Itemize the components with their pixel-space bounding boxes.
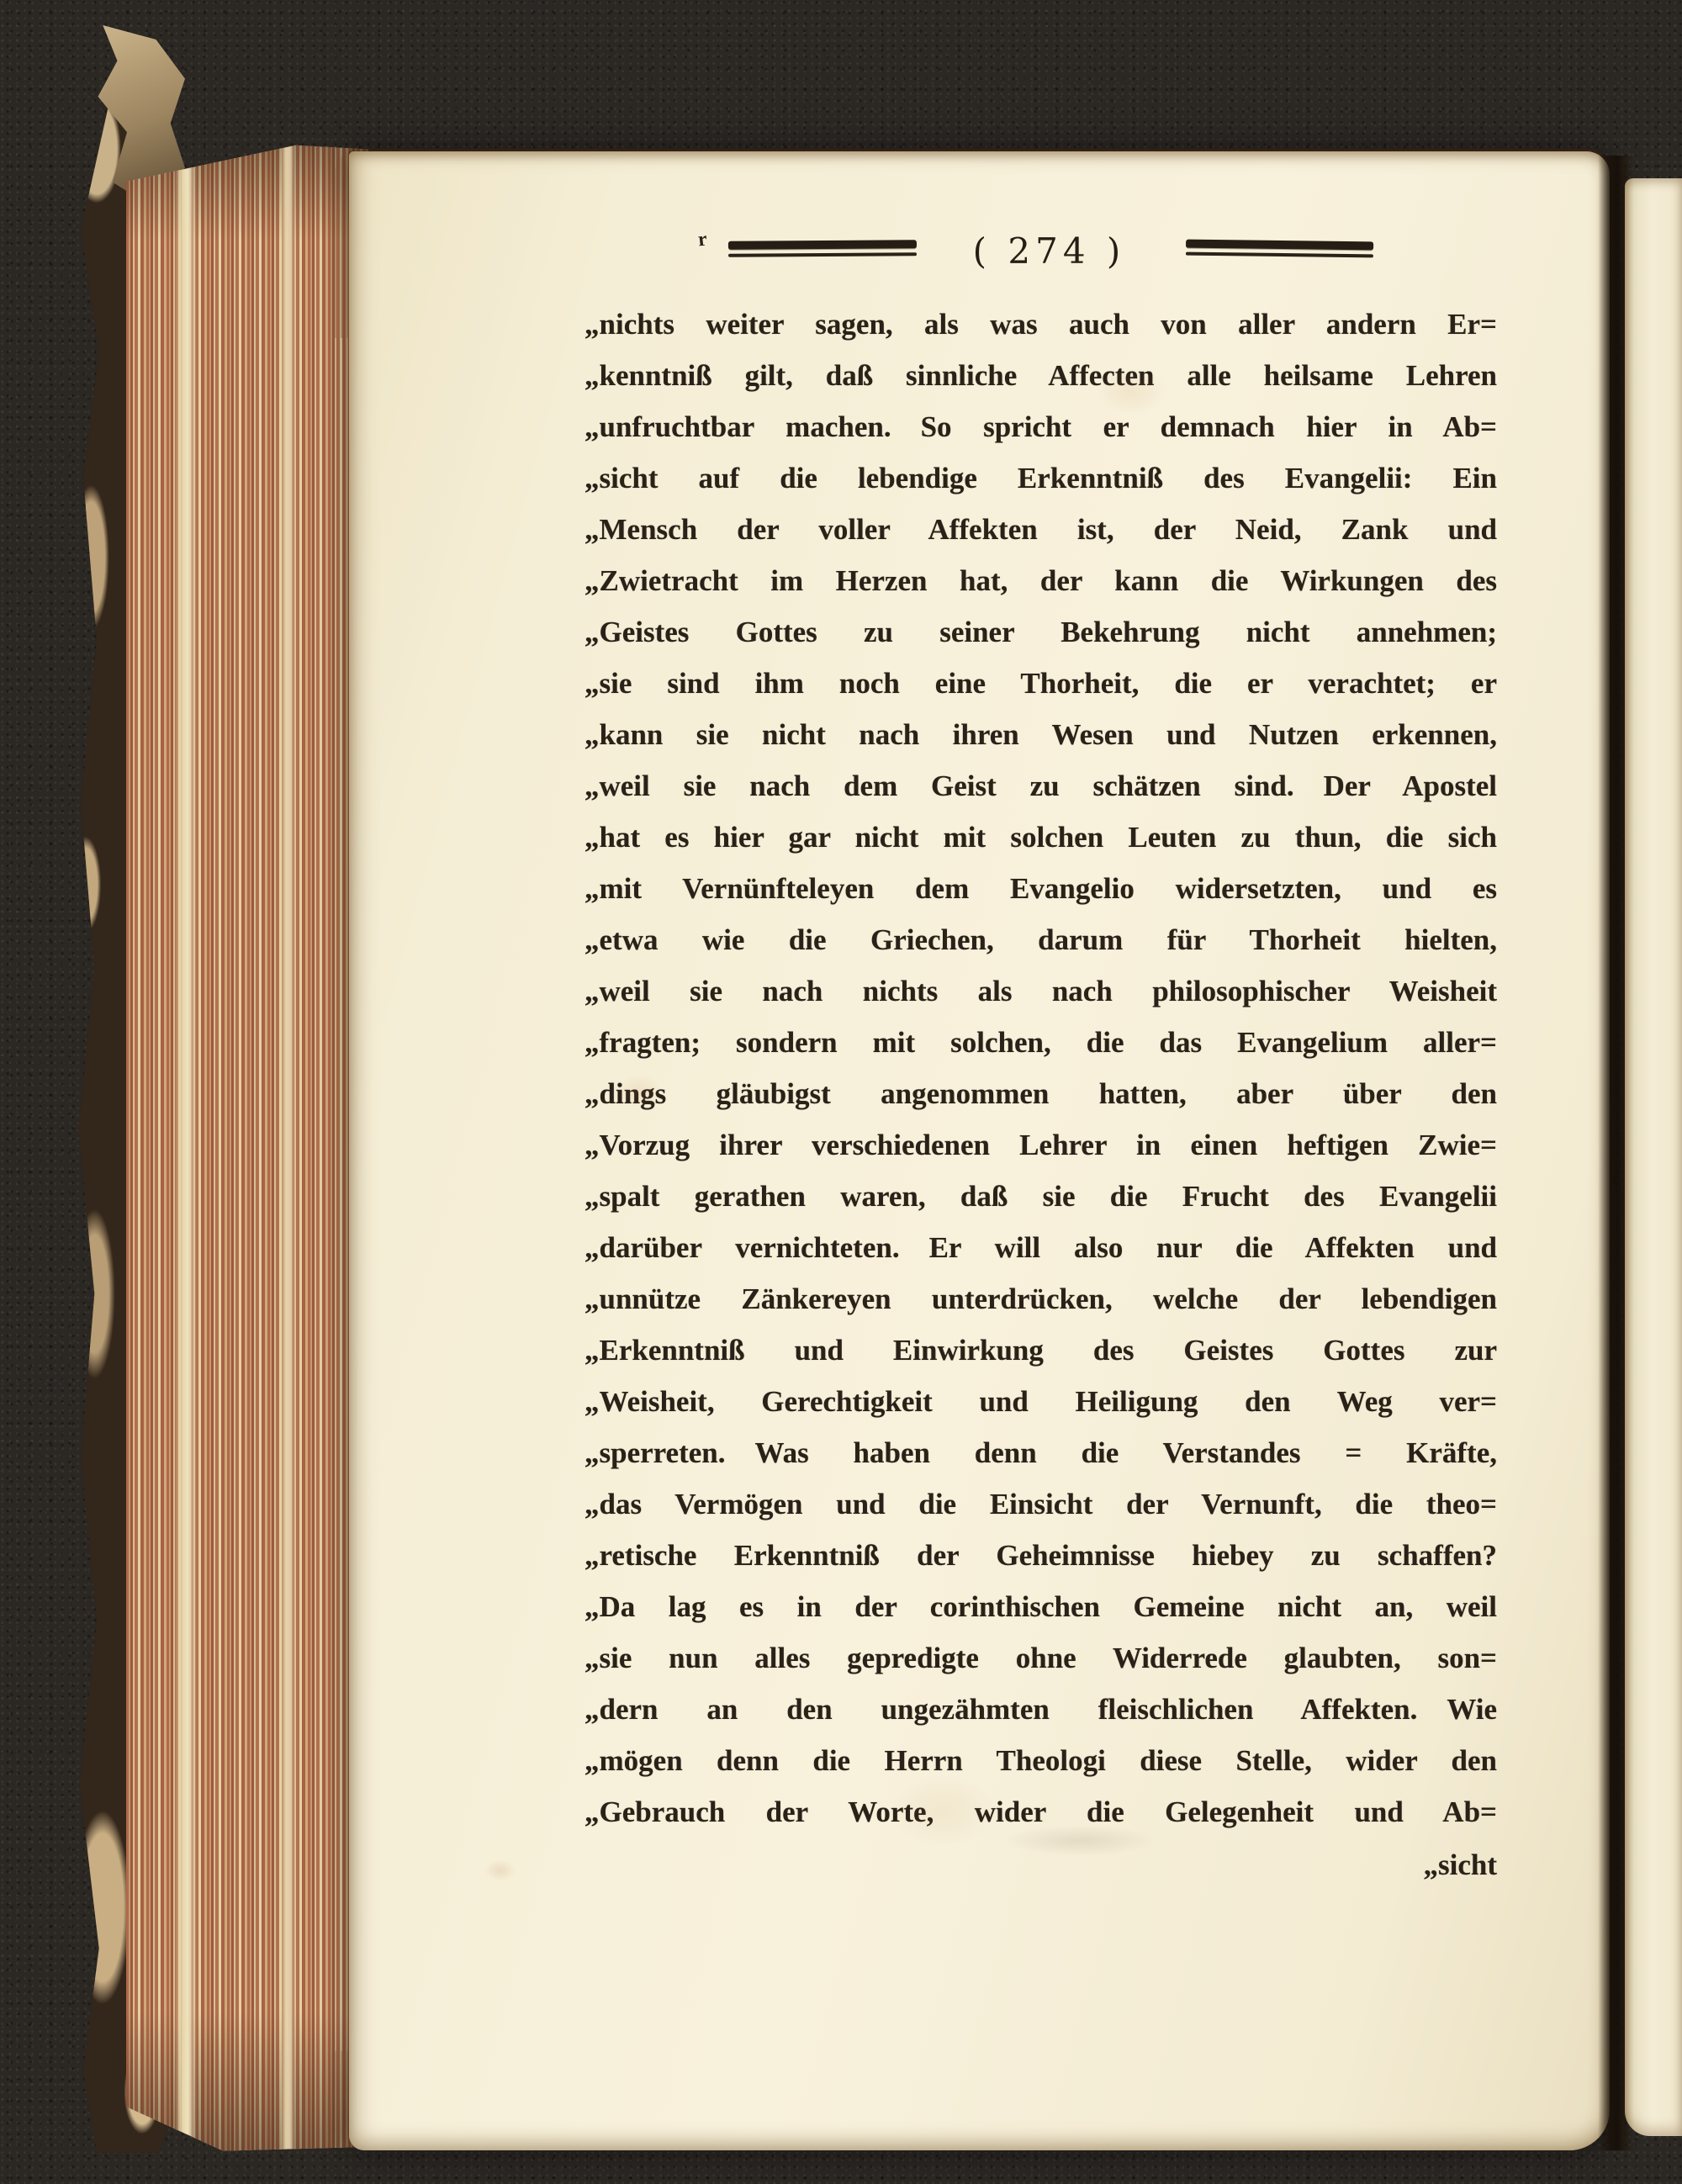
text-line: „Erkenntniß und Einwirkung des Geistes G… [584, 1325, 1497, 1376]
text-line: „Mensch der voller Affekten ist, der Nei… [584, 504, 1497, 555]
text-line: „nichts weiter sagen, als was auch von a… [584, 299, 1497, 350]
edge-light-band [175, 141, 197, 2153]
text-line: „unfruchtbar machen. So spricht er demna… [584, 401, 1497, 452]
text-line: „kenntniß gilt, daß sinnliche Affecten a… [584, 350, 1497, 401]
text-line: „Zwietracht im Herzen hat, der kann die … [584, 555, 1497, 606]
text-line: „sperreten. Was haben denn die Verstande… [584, 1427, 1497, 1478]
photo-backdrop: r ( 274 ) „nichts weiter sagen, als was … [0, 0, 1682, 2184]
text-line: „spalt gerathen waren, daß sie die Fruch… [584, 1171, 1497, 1222]
text-line: „sie nun alles gepredigte ohne Widerrede… [584, 1632, 1497, 1684]
text-line: „mit Vernünfteleyen dem Evangelio widers… [584, 863, 1497, 914]
text-line: „sie sind ihm noch eine Thorheit, die er… [584, 658, 1497, 709]
rule-bar-thin [1186, 252, 1373, 258]
text-line: „Geistes Gottes zu seiner Bekehrung nich… [584, 606, 1497, 658]
text-line: „darüber vernichteten. Er will also nur … [584, 1222, 1497, 1273]
text-line: „Vorzug ihrer verschiedenen Lehrer in ei… [584, 1119, 1497, 1171]
text-line: „Da lag es in der corinthischen Gemeine … [584, 1581, 1497, 1632]
header-rule-right [1186, 240, 1373, 264]
text-line: „Gebrauch der Worte, wider die Gelegenhe… [584, 1786, 1497, 1838]
text-line: „Weisheit, Gerechtigkeit und Heiligung d… [584, 1376, 1497, 1427]
page-number: ( 274 ) [938, 230, 1161, 274]
header-margin-mark: r [697, 229, 708, 252]
text-line: „kann sie nicht nach ihren Wesen und Nut… [584, 709, 1497, 760]
text-line: „sicht auf die lebendige Erkenntniß des … [584, 452, 1497, 504]
book-page: r ( 274 ) „nichts weiter sagen, als was … [349, 151, 1610, 2150]
rule-bar-thick [728, 240, 917, 250]
text-line: „fragten; sondern mit solchen, die das E… [584, 1017, 1497, 1068]
rule-bar-thick [1186, 240, 1373, 251]
text-block: „nichts weiter sagen, als was auch von a… [584, 299, 1497, 1882]
rule-bar-thin [728, 252, 917, 257]
facing-page-edge [1625, 178, 1682, 2136]
edge-light-band [279, 141, 296, 2153]
text-line: „das Vermögen und die Einsicht der Vernu… [584, 1478, 1497, 1530]
header-rule-left [728, 240, 917, 263]
text-line: „retische Erkenntniß der Geheimnisse hie… [584, 1530, 1497, 1581]
text-line: „etwa wie die Griechen, darum für Thorhe… [584, 914, 1497, 965]
text-line: „hat es hier gar nicht mit solchen Leute… [584, 812, 1497, 863]
text-line: „weil sie nach nichts als nach philosoph… [584, 965, 1497, 1017]
text-line: „dings gläubigst angenommen hatten, aber… [584, 1068, 1497, 1119]
text-line: „weil sie nach dem Geist zu schätzen sin… [584, 760, 1497, 812]
catchword: „sicht [584, 1848, 1497, 1882]
text-line: „mögen denn die Herrn Theologi diese Ste… [584, 1735, 1497, 1786]
text-line: „dern an den ungezähmten fleischlichen A… [584, 1684, 1497, 1735]
page-edge-stack [126, 141, 368, 2153]
text-line: „unnütze Zänkereyen unterdrücken, welche… [584, 1273, 1497, 1325]
